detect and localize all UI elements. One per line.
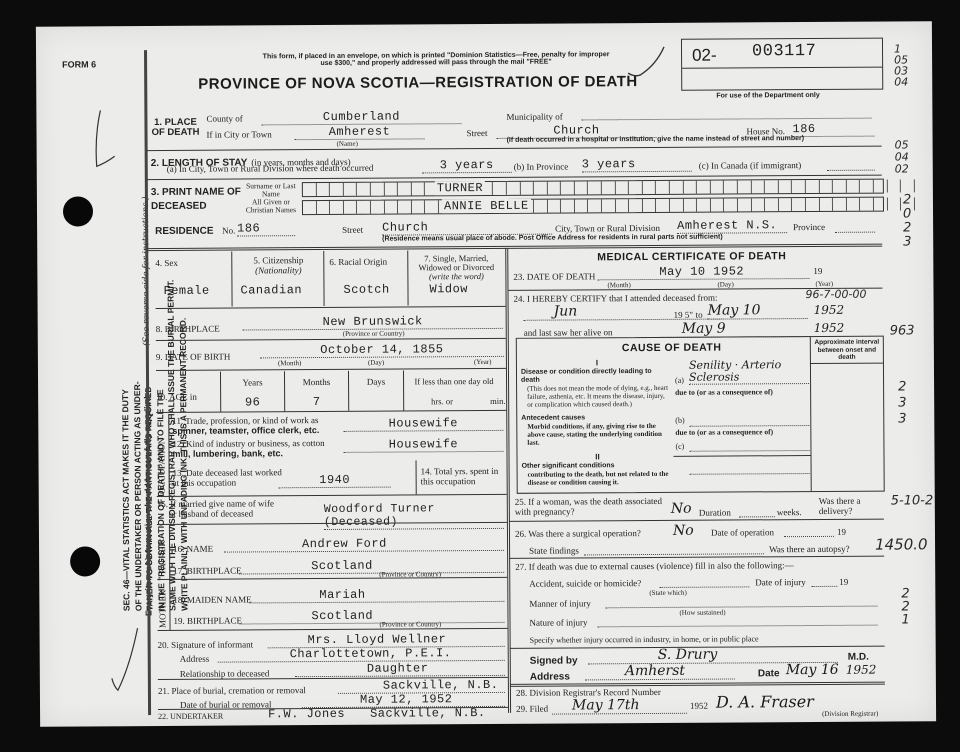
antecedent-label: Antecedent causes Morbid conditions, if … bbox=[521, 414, 671, 447]
father-birthplace-value: Scotland bbox=[239, 558, 504, 575]
attended-to-year: 1952 bbox=[814, 303, 845, 317]
q26-label: 26. Was there a surgical operation? bbox=[515, 528, 641, 539]
signed-by-label: Signed by bbox=[530, 655, 578, 666]
industry-label: 12. Kind of industry or business, as cot… bbox=[172, 438, 324, 459]
city-sublabel: (Name) bbox=[337, 140, 358, 148]
date-of-death-value: May 10 1952 bbox=[597, 264, 809, 280]
trade-value: Housewife bbox=[343, 416, 503, 432]
age-months-value: 7 bbox=[285, 395, 348, 409]
date-of-death-label: 23. DATE OF DEATH bbox=[513, 271, 595, 282]
birthplace-sub: (Province or Country) bbox=[343, 329, 405, 337]
residence-street-value: Church bbox=[382, 220, 552, 236]
stay-canada-label: (c) In Canada (if immigrant) bbox=[699, 160, 802, 171]
marital-label: 7. Single, Married, Widowed or Divorced(… bbox=[409, 254, 503, 282]
father-name-value: Andrew Ford bbox=[224, 536, 504, 553]
age-years-value: 96 bbox=[221, 395, 284, 409]
registration-number-box: 02- 003117 bbox=[681, 38, 883, 91]
last-saw-label: and last saw her alive on bbox=[524, 327, 613, 338]
spouse-label: 15. If married give name of wifeor husba… bbox=[157, 498, 274, 519]
spouse-value: Woodford Turner (Deceased) bbox=[324, 502, 504, 530]
name-label: 3. PRINT NAME OF DECEASED bbox=[151, 185, 241, 214]
mother-section-label: MOTHER bbox=[157, 590, 169, 628]
margin-code-autopsy: 1450.0 bbox=[875, 535, 928, 553]
margin-codes-antecedent: 2 3 3 bbox=[898, 379, 907, 427]
citizenship-value: Canadian bbox=[240, 283, 302, 297]
city-value: Amherest bbox=[294, 124, 424, 140]
hospital-note: (If death occurred in a hospital or inst… bbox=[507, 135, 805, 144]
relationship-label: Relationship to deceased bbox=[180, 668, 270, 679]
sex-label: 4. Sex bbox=[155, 258, 178, 268]
mother-birthplace-label: 19. BIRTHPLACE bbox=[173, 615, 242, 625]
attended-from-value: Jun bbox=[524, 303, 724, 321]
q27-label: 27. If death was due to external causes … bbox=[515, 560, 793, 572]
margin-pen-mark-icon bbox=[110, 626, 140, 696]
registrar-signature: D. A. Fraser bbox=[716, 692, 814, 712]
age-label: 10. AGE in bbox=[156, 392, 197, 402]
signature-address-value: Amherst bbox=[585, 662, 735, 680]
trade-label: 11. Trade, profession, or kind of work a… bbox=[172, 415, 319, 436]
delivery-label: Was there a delivery? bbox=[819, 496, 879, 516]
margin-codes-injury: 2 2 1 bbox=[901, 587, 910, 626]
attended-to-value: May 10 bbox=[708, 302, 808, 320]
occupation-section-label: OCCUPATION bbox=[156, 438, 168, 494]
direct-cause-label: Disease or condition directly leading to… bbox=[521, 368, 671, 409]
residence-street-label: Street bbox=[342, 225, 363, 235]
interval-header: Approximate interval between onset and d… bbox=[812, 339, 882, 362]
signature-address-label: Address bbox=[530, 671, 570, 682]
registration-prefix: 02- bbox=[692, 46, 717, 66]
specify-label: Specify whether injury occurred in indus… bbox=[530, 634, 759, 644]
margin-codes-top: 1 05 03 04 bbox=[894, 43, 908, 87]
citizenship-label: 5. Citizenship(Nationality) bbox=[233, 255, 323, 276]
residence-city-value: Amherest N.S. bbox=[677, 218, 787, 234]
marital-value: Widow bbox=[429, 282, 468, 296]
dob-label: 9. DATE OF BIRTH bbox=[156, 352, 231, 362]
other-conditions-label: Other significant conditions contributin… bbox=[522, 462, 672, 487]
signature-date-value: May 16 bbox=[786, 662, 839, 678]
industry-value: Housewife bbox=[343, 437, 503, 453]
undertaker-label: 22. UNDERTAKER bbox=[158, 712, 223, 721]
father-birthplace-label: 17. BIRTHPLACE bbox=[173, 565, 242, 575]
last-saw-year: 1952 bbox=[814, 321, 845, 335]
municipality-row: Municipality of bbox=[506, 110, 876, 122]
margin-code-certify: 96-7-00-00 bbox=[805, 288, 866, 301]
mother-maiden-value: Mariah bbox=[249, 587, 504, 604]
cause-of-death-box: CAUSE OF DEATH Approximate interval betw… bbox=[516, 336, 885, 494]
medical-heading: MEDICAL CERTIFICATE OF DEATH bbox=[597, 250, 786, 263]
undertaker-name-value: F.W. Jones bbox=[268, 707, 345, 721]
stay-province-label: (b) In Province bbox=[514, 161, 569, 171]
burial-place-label: 21. Place of burial, cremation or remova… bbox=[158, 685, 306, 696]
form-number: FORM 6 bbox=[62, 59, 96, 69]
filed-year: 1952 bbox=[690, 701, 708, 711]
q25-label: 25. If a woman, was the death associated… bbox=[515, 496, 675, 517]
dob-value: October 14, 1855 bbox=[260, 342, 504, 358]
mother-maiden-label: 18. MAIDEN NAME bbox=[173, 594, 251, 604]
birthplace-label: 8. BIRTHPLACE bbox=[156, 324, 220, 334]
department-note: For use of the Department only bbox=[716, 92, 820, 100]
residence-no-label: No. bbox=[222, 226, 235, 236]
surname-label: Surname or Last Name bbox=[242, 182, 300, 198]
last-worked-value: 1940 bbox=[279, 473, 391, 489]
total-years-label: 14. Total yrs. spent inthis occupation bbox=[421, 466, 499, 486]
informant-address-value: Charlottetown, P.E.I. bbox=[218, 646, 505, 663]
signature-date-label: Date bbox=[758, 668, 780, 679]
given-label: All Given or Christian Names bbox=[242, 198, 300, 214]
county-row: County of Cumberland bbox=[206, 112, 546, 124]
stay-city-value: 3 years bbox=[422, 158, 512, 174]
racial-origin-value: Scotch bbox=[343, 283, 389, 297]
filed-label: 29. Filed bbox=[516, 704, 548, 714]
father-name-label: 16. NAME bbox=[173, 544, 213, 554]
given-grid bbox=[302, 197, 884, 216]
house-value: 186 bbox=[792, 122, 874, 138]
form-title: PROVINCE OF NOVA SCOTIA—REGISTRATION OF … bbox=[198, 73, 638, 93]
place-of-death-label: 1. PLACE OF DEATH bbox=[150, 118, 200, 138]
father-section-label: FATHER bbox=[157, 541, 169, 574]
surname-grid bbox=[302, 179, 884, 198]
q26-value: No bbox=[673, 523, 694, 539]
residence-no-value: 186 bbox=[237, 221, 295, 236]
mother-birthplace-value: Scotland bbox=[239, 608, 504, 625]
racial-origin-label: 6. Racial Origin bbox=[329, 257, 387, 267]
check-mark-icon bbox=[626, 45, 666, 79]
given-value[interactable]: ANNIE BELLE bbox=[442, 199, 531, 214]
q25-value: No bbox=[671, 501, 692, 517]
residence-city-label: City, Town or Rural Division bbox=[555, 223, 660, 234]
street-label: Street bbox=[466, 128, 487, 138]
residence-note: (Residence means usual place of abode. P… bbox=[382, 234, 723, 243]
undertaker-address-value: Sackville, N.B. bbox=[370, 706, 486, 721]
municipality-value bbox=[581, 118, 871, 121]
county-value: Cumberland bbox=[261, 109, 461, 125]
city-row: If in City or Town bbox=[207, 129, 272, 139]
punch-hole-bottom bbox=[70, 546, 100, 576]
punch-hole-top bbox=[63, 196, 93, 226]
last-worked-label: 13. Date deceased last workedat this occ… bbox=[173, 467, 282, 488]
registration-number: 003117 bbox=[752, 42, 816, 61]
filed-date-value: May 17th bbox=[552, 697, 687, 715]
informant-address-label: Address bbox=[180, 654, 210, 664]
margin-codes-stay: 05 04 02 bbox=[895, 139, 909, 175]
stay-city-label: (a) In City, Town or Rural Division wher… bbox=[167, 163, 374, 174]
surname-value[interactable]: TURNER bbox=[435, 181, 485, 195]
margin-code-pregnancy: 5-10-2 bbox=[891, 493, 934, 508]
residence-province-label: Province bbox=[793, 222, 825, 232]
sex-value: Female bbox=[163, 284, 209, 298]
signature-year-value: 1952 bbox=[846, 663, 877, 677]
birthplace-value: New Brunswick bbox=[243, 314, 503, 331]
stay-canada-value bbox=[827, 170, 875, 171]
death-registration-form: SEC. 46—VITAL STATISTICS ACT MAKES IT TH… bbox=[36, 21, 936, 726]
residence-province-value bbox=[835, 232, 875, 233]
mail-notice: This form, if placed in an envelope, on … bbox=[206, 51, 666, 68]
residence-label: RESIDENCE bbox=[155, 226, 213, 237]
relationship-value: Daughter bbox=[295, 661, 505, 677]
margin-code-interval: 963 bbox=[890, 323, 915, 338]
cause-a-value: Senility · Arterio Sclerosis bbox=[689, 359, 809, 385]
margin-pen-mark-icon bbox=[80, 106, 120, 186]
cause-heading: CAUSE OF DEATH bbox=[622, 342, 722, 355]
stay-province-value: 3 years bbox=[582, 157, 692, 173]
autopsy-label: Was there an autopsy? bbox=[769, 544, 850, 554]
